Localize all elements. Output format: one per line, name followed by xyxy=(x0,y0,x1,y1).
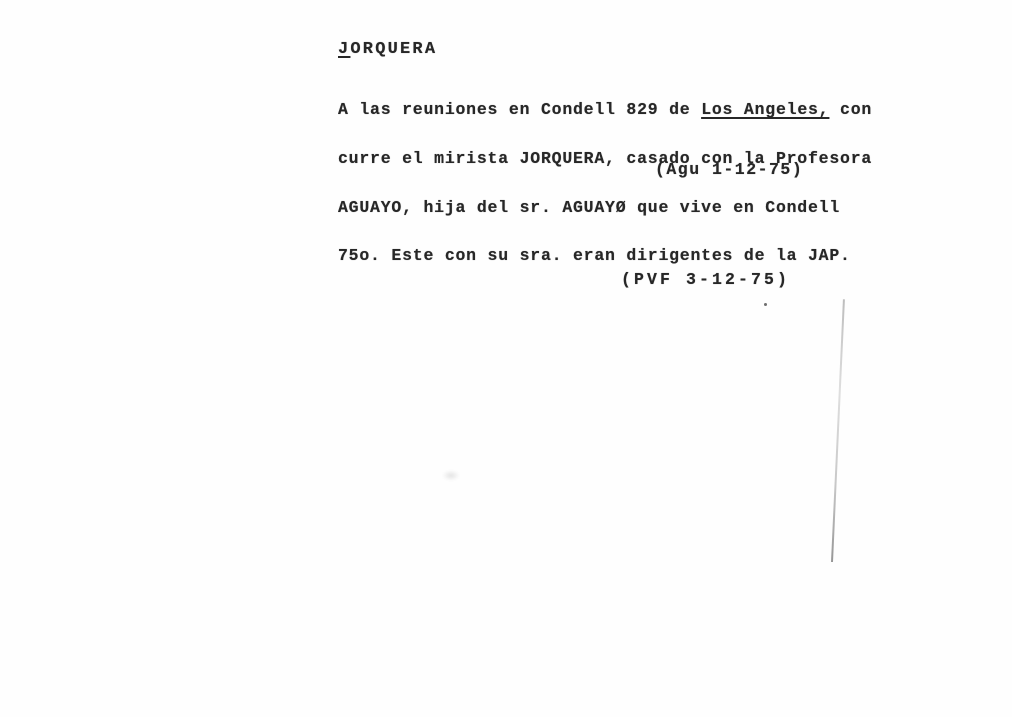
text-line: 75o. Este con su sra. eran dirigentes de… xyxy=(338,248,873,264)
text-segment: A las reuniones en Condell 829 de xyxy=(338,100,701,119)
scanned-document-page: JORQUERA A las reuniones en Condell 829 … xyxy=(0,0,1012,717)
ink-dot-artifact xyxy=(764,303,767,306)
text-line: AGUAYO, hija del sr. AGUAYØ que vive en … xyxy=(338,200,873,216)
smudge-artifact xyxy=(442,470,460,481)
text-segment: 75o. Este con su sra. eran dirigentes de… xyxy=(338,246,851,265)
underlined-text-segment: Los Angeles, xyxy=(701,100,829,119)
date-reference-agu: (Agu 1-12-75) xyxy=(655,161,803,178)
document-title: JORQUERA xyxy=(338,41,437,59)
date-reference-pvf: (PVF 3-12-75) xyxy=(621,271,790,288)
text-segment: con xyxy=(829,100,872,119)
title-segment-underlined: J xyxy=(338,40,350,59)
text-line: A las reuniones en Condell 829 de Los An… xyxy=(338,102,873,118)
text-segment: AGUAYO, hija del sr. AGUAYØ que vive en … xyxy=(338,198,840,217)
scan-fold-line-artifact xyxy=(831,299,844,562)
title-segment: ORQUERA xyxy=(350,40,437,59)
